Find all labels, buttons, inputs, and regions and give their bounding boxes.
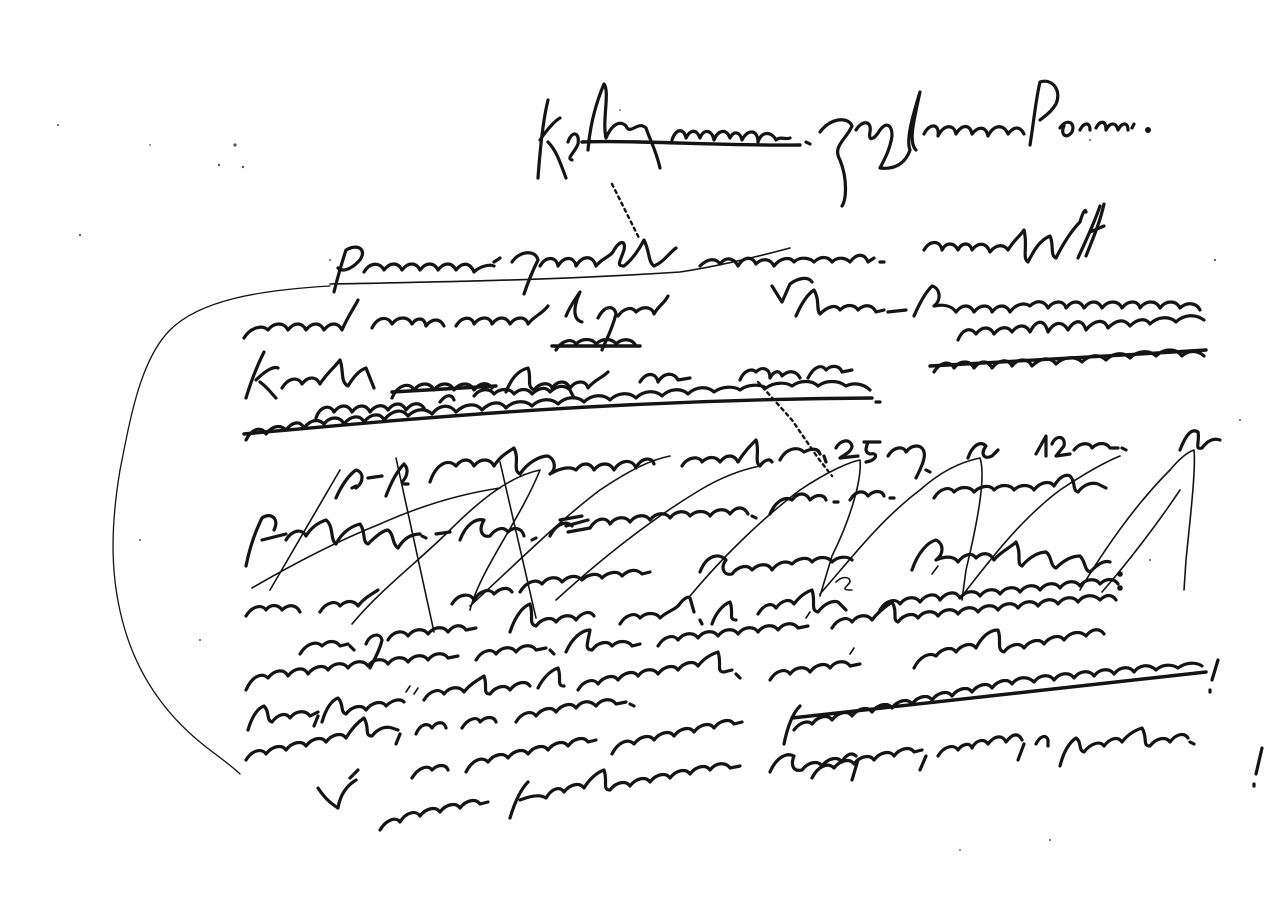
line-11-handwriting xyxy=(246,700,634,760)
line-13-handwriting xyxy=(812,728,1262,786)
title-handwriting xyxy=(538,81,1151,206)
insertion-mark-bottom xyxy=(318,770,358,808)
line-2-handwriting xyxy=(244,286,1200,350)
line-4-handwriting xyxy=(244,382,880,441)
handwriting-ink-layer xyxy=(0,0,1280,902)
line-5-handwriting xyxy=(336,431,1220,498)
line-3-handwriting xyxy=(246,350,1206,398)
line-1-handwriting xyxy=(330,204,1104,294)
paper-specks xyxy=(57,109,1241,851)
superscript-2 xyxy=(836,578,852,591)
dashed-guide-line-lower xyxy=(758,382,832,476)
dashed-guide-line-upper xyxy=(612,184,640,240)
manuscript-page: Къ всемъ челов. гражданамъ Россiи. Време… xyxy=(0,0,1280,902)
line-12-handwriting xyxy=(412,660,1218,778)
line-14-handwriting xyxy=(380,754,858,830)
insertion-petrogradskago xyxy=(958,316,1204,340)
line-10-handwriting xyxy=(248,630,1104,730)
line-9-handwriting xyxy=(246,596,1116,691)
